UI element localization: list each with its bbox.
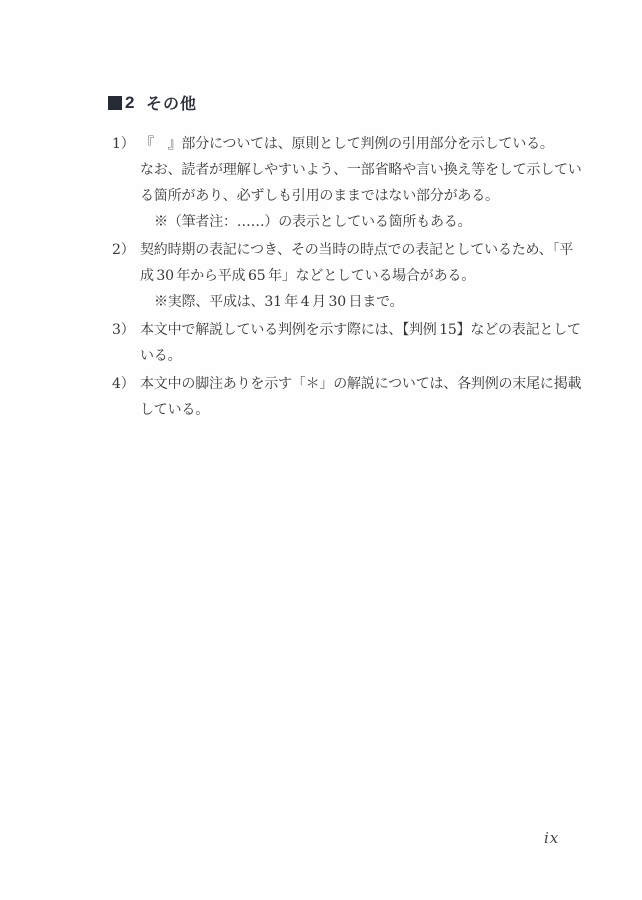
text-line: 本文中で解説している判例を示す際には、【判例 15】などの表記として — [140, 317, 594, 343]
text-line: る箇所があり、必ずしも引用のままではない部分がある。 — [140, 183, 594, 209]
item-body: 本文中の脚注ありを示す「＊」の解説については、各判例の末尾に掲載 している。 — [140, 371, 594, 423]
item-body: 『 』部分については、原則として判例の引用部分を示している。 なお、読者が理解し… — [140, 131, 594, 235]
list-item-4: 4） 本文中の脚注ありを示す「＊」の解説については、各判例の末尾に掲載 している… — [112, 371, 594, 423]
item-number: 3） — [112, 317, 135, 343]
item-number: 2） — [112, 237, 135, 263]
section-number: 2 — [125, 93, 135, 113]
text-line: 成 30 年から平成 65 年」などとしている場合がある。 — [140, 263, 594, 289]
section-title: その他 — [146, 91, 197, 114]
item-body: 本文中で解説している判例を示す際には、【判例 15】などの表記として いる。 — [140, 317, 594, 369]
item-number: 1） — [112, 131, 135, 157]
item-number: 4） — [112, 371, 135, 397]
document-page: 2 その他 1） 『 』部分については、原則として判例の引用部分を示している。 … — [0, 0, 642, 900]
note-line: ※実際、平成は、31 年 4 月 30 日まで。 — [140, 289, 594, 315]
text-line: いる。 — [140, 343, 594, 369]
note-line: ※（筆者注：……）の表示としている箇所もある。 — [140, 209, 594, 235]
list-item-3: 3） 本文中で解説している判例を示す際には、【判例 15】などの表記として いる… — [112, 317, 594, 369]
text-line: 本文中の脚注ありを示す「＊」の解説については、各判例の末尾に掲載 — [140, 371, 594, 397]
text-line: なお、読者が理解しやすいよう、一部省略や言い換え等をして示してい — [140, 157, 594, 183]
text-line: している。 — [140, 397, 594, 423]
list-item-1: 1） 『 』部分については、原則として判例の引用部分を示している。 なお、読者が… — [112, 131, 594, 235]
list-item-2: 2） 契約時期の表記につき、その当時の時点での表記としているため、「平 成 30… — [112, 237, 594, 315]
page-content: 2 その他 1） 『 』部分については、原則として判例の引用部分を示している。 … — [108, 91, 594, 425]
section-heading: 2 その他 — [108, 91, 594, 114]
text-line: 契約時期の表記につき、その当時の時点での表記としているため、「平 — [140, 237, 594, 263]
notes-list: 1） 『 』部分については、原則として判例の引用部分を示している。 なお、読者が… — [108, 131, 594, 423]
section-square-icon — [108, 96, 122, 110]
page-number: ix — [544, 829, 559, 847]
item-body: 契約時期の表記につき、その当時の時点での表記としているため、「平 成 30 年か… — [140, 237, 594, 315]
text-line: 『 』部分については、原則として判例の引用部分を示している。 — [140, 131, 594, 157]
